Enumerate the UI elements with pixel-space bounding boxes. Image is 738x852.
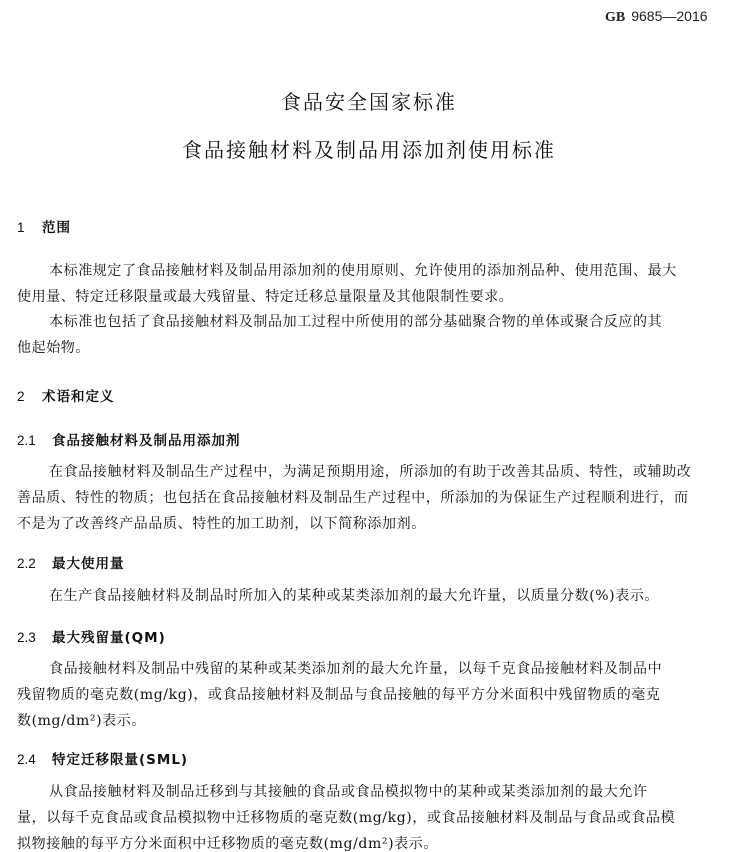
section-heading-2-2: 2.2最大使用量: [17, 552, 125, 572]
paragraph-scope-2: 本标准也包括了食品接触材料及制品加工过程中所使用的部分基础聚合物的单体或聚合反应…: [17, 309, 721, 361]
section-number: 1: [17, 220, 42, 235]
section-title: 特定迁移限量(SML): [52, 752, 188, 768]
standard-prefix: GB: [605, 10, 625, 25]
text-line: 他起始物。: [17, 335, 721, 361]
text-line: 残留物质的毫克数(mg/kg)，或食品接触材料及制品与食品接触的每平方分米面积中…: [17, 682, 721, 708]
document-subtitle: 食品接触材料及制品用添加剂使用标准: [0, 134, 738, 163]
text-line: 食品接触材料及制品中残留的某种或某类添加剂的最大允许量，以每千克食品接触材料及制…: [17, 656, 721, 682]
paragraph-2-4: 从食品接触材料及制品迁移到与其接触的食品或食品模拟物中的某种或某类添加剂的最大允…: [17, 779, 721, 852]
text-line: 从食品接触材料及制品迁移到与其接触的食品或食品模拟物中的某种或某类添加剂的最大允…: [17, 779, 721, 805]
section-heading-2-1: 2.1食品接触材料及制品用添加剂: [17, 429, 241, 449]
text-line: 本标准规定了食品接触材料及制品用添加剂的使用原则、允许使用的添加剂品种、使用范围…: [17, 258, 721, 284]
section-heading-2-3: 2.3最大残留量(QM): [17, 626, 166, 646]
document-title: 食品安全国家标准: [0, 86, 738, 115]
section-title: 术语和定义: [42, 389, 115, 405]
section-number: 2.4: [17, 752, 52, 767]
standard-number: GB9685—2016: [605, 8, 708, 26]
section-heading-2-4: 2.4特定迁移限量(SML): [17, 748, 188, 768]
text-line: 善品质、特性的物质；也包括在食品接触材料及制品生产过程中，所添加的为保证生产过程…: [17, 485, 721, 511]
section-heading-2: 2术语和定义: [17, 385, 115, 405]
section-title: 范围: [42, 220, 71, 236]
text-line: 在食品接触材料及制品生产过程中，为满足预期用途，所添加的有助于改善其品质、特性，…: [17, 459, 721, 485]
text-line: 量，以每千克食品或食品模拟物中迁移物质的毫克数(mg/kg)，或食品接触材料及制…: [17, 805, 721, 831]
paragraph-scope-1: 本标准规定了食品接触材料及制品用添加剂的使用原则、允许使用的添加剂品种、使用范围…: [17, 258, 721, 310]
section-title: 食品接触材料及制品用添加剂: [52, 433, 241, 449]
section-heading-1: 1范围: [17, 216, 71, 236]
text-line: 使用量、特定迁移限量或最大残留量、特定迁移总量限量及其他限制性要求。: [17, 284, 721, 310]
text-line: 拟物接触的每平方分米面积中迁移物质的毫克数(mg/dm²)表示。: [17, 831, 721, 852]
section-number: 2: [17, 389, 42, 404]
section-number: 2.1: [17, 433, 52, 448]
text-line: 数(mg/dm²)表示。: [17, 708, 721, 734]
section-number: 2.2: [17, 556, 52, 571]
paragraph-2-1: 在食品接触材料及制品生产过程中，为满足预期用途，所添加的有助于改善其品质、特性，…: [17, 459, 721, 537]
section-title: 最大使用量: [52, 556, 125, 572]
text-line: 本标准也包括了食品接触材料及制品加工过程中所使用的部分基础聚合物的单体或聚合反应…: [17, 309, 721, 335]
paragraph-2-3: 食品接触材料及制品中残留的某种或某类添加剂的最大允许量，以每千克食品接触材料及制…: [17, 656, 721, 734]
text-line: 不是为了改善终产品品质、特性的加工助剂，以下简称添加剂。: [17, 511, 721, 537]
paragraph-2-2: 在生产食品接触材料及制品时所加入的某种或某类添加剂的最大允许量，以质量分数(%)…: [17, 583, 721, 609]
standard-code: 9685—2016: [631, 8, 707, 24]
section-number: 2.3: [17, 630, 52, 645]
text-line: 在生产食品接触材料及制品时所加入的某种或某类添加剂的最大允许量，以质量分数(%)…: [17, 583, 721, 609]
section-title: 最大残留量(QM): [52, 630, 166, 646]
